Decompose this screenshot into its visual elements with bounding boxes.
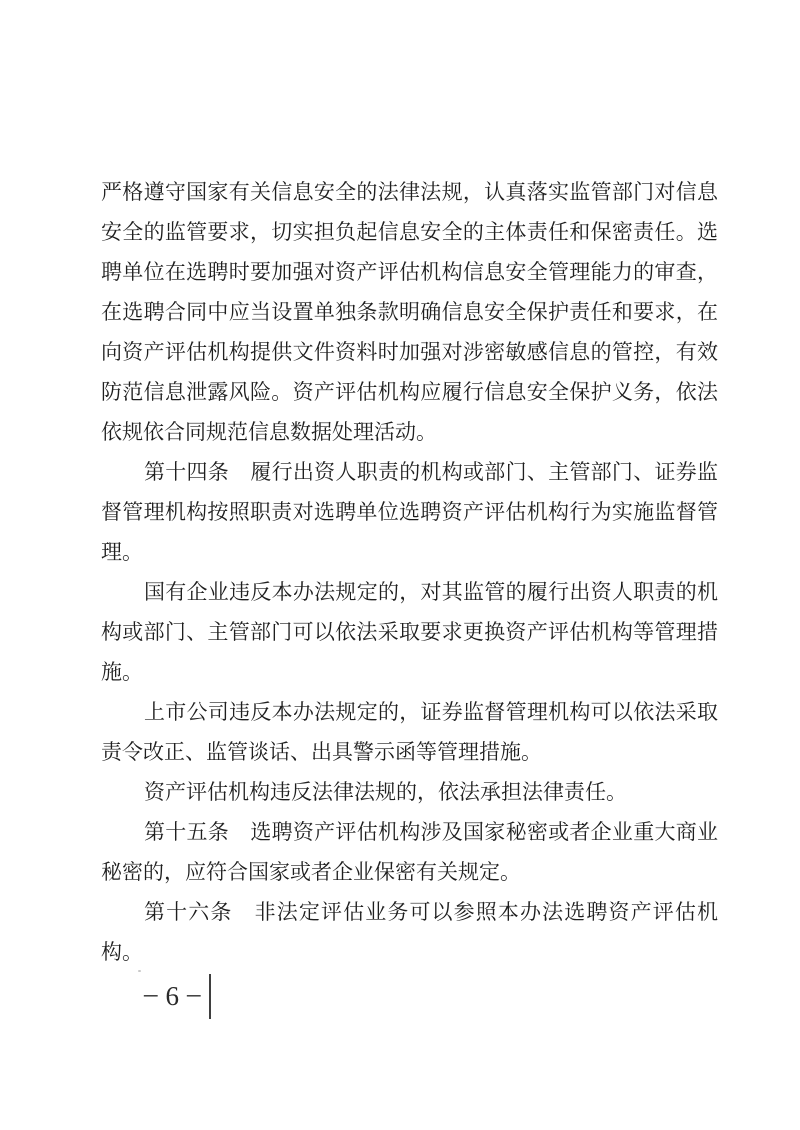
page-number: 6 — [166, 983, 180, 1010]
text-line-5: 向资产评估机构提供文件资料时加强对涉密敏感信息的管控，有效 — [101, 332, 718, 372]
scan-speck — [138, 970, 141, 972]
text-line-14: 上市公司违反本办法规定的，证券监督管理机构可以依法采取 — [101, 692, 718, 732]
text-line-15: 责令改正、监管谈话、出具警示函等管理措施。 — [101, 732, 718, 772]
text-line-18: 秘密的，应符合国家或者企业保密有关规定。 — [101, 852, 718, 892]
text-line-9: 督管理机构按照职责对选聘单位选聘资产评估机构行为实施监督管 — [101, 492, 718, 532]
article-16-heading-line: 第十六条 非法定评估业务可以参照本办法选聘资产评估机 — [101, 892, 718, 932]
page-footer: – 6 – — [144, 983, 201, 1009]
text-line-12: 构或部门、主管部门可以依法采取要求更换资产评估机构等管理措 — [101, 612, 718, 652]
text-line-3: 聘单位在选聘时要加强对资产评估机构信息安全管理能力的审查， — [101, 252, 718, 292]
article-15-heading-line: 第十五条 选聘资产评估机构涉及国家秘密或者企业重大商业 — [101, 812, 718, 852]
text-line-2: 安全的监管要求，切实担负起信息安全的主体责任和保密责任。选 — [101, 212, 718, 252]
fold-mark — [209, 974, 211, 1019]
article-14-heading-line: 第十四条 履行出资人职责的机构或部门、主管部门、证券监 — [101, 452, 718, 492]
document-page: 严格遵守国家有关信息安全的法律法规，认真落实监管部门对信息 安全的监管要求，切实… — [0, 0, 800, 1130]
text-line-13: 施。 — [101, 652, 718, 692]
text-line-4: 在选聘合同中应当设置单独条款明确信息安全保护责任和要求，在 — [101, 292, 718, 332]
text-line-16: 资产评估机构违反法律法规的，依法承担法律责任。 — [101, 772, 718, 812]
footer-right-dash: – — [187, 980, 201, 1007]
text-line-6: 防范信息泄露风险。资产评估机构应履行信息安全保护义务，依法 — [101, 372, 718, 412]
text-line-7: 依规依合同规范信息数据处理活动。 — [101, 412, 718, 452]
text-line-20: 构。 — [101, 932, 718, 972]
text-line-11: 国有企业违反本办法规定的，对其监管的履行出资人职责的机 — [101, 572, 718, 612]
footer-left-dash: – — [144, 980, 158, 1007]
text-line-1: 严格遵守国家有关信息安全的法律法规，认真落实监管部门对信息 — [101, 172, 718, 212]
document-body-text: 严格遵守国家有关信息安全的法律法规，认真落实监管部门对信息 安全的监管要求，切实… — [101, 172, 718, 972]
text-line-10: 理。 — [101, 532, 718, 572]
